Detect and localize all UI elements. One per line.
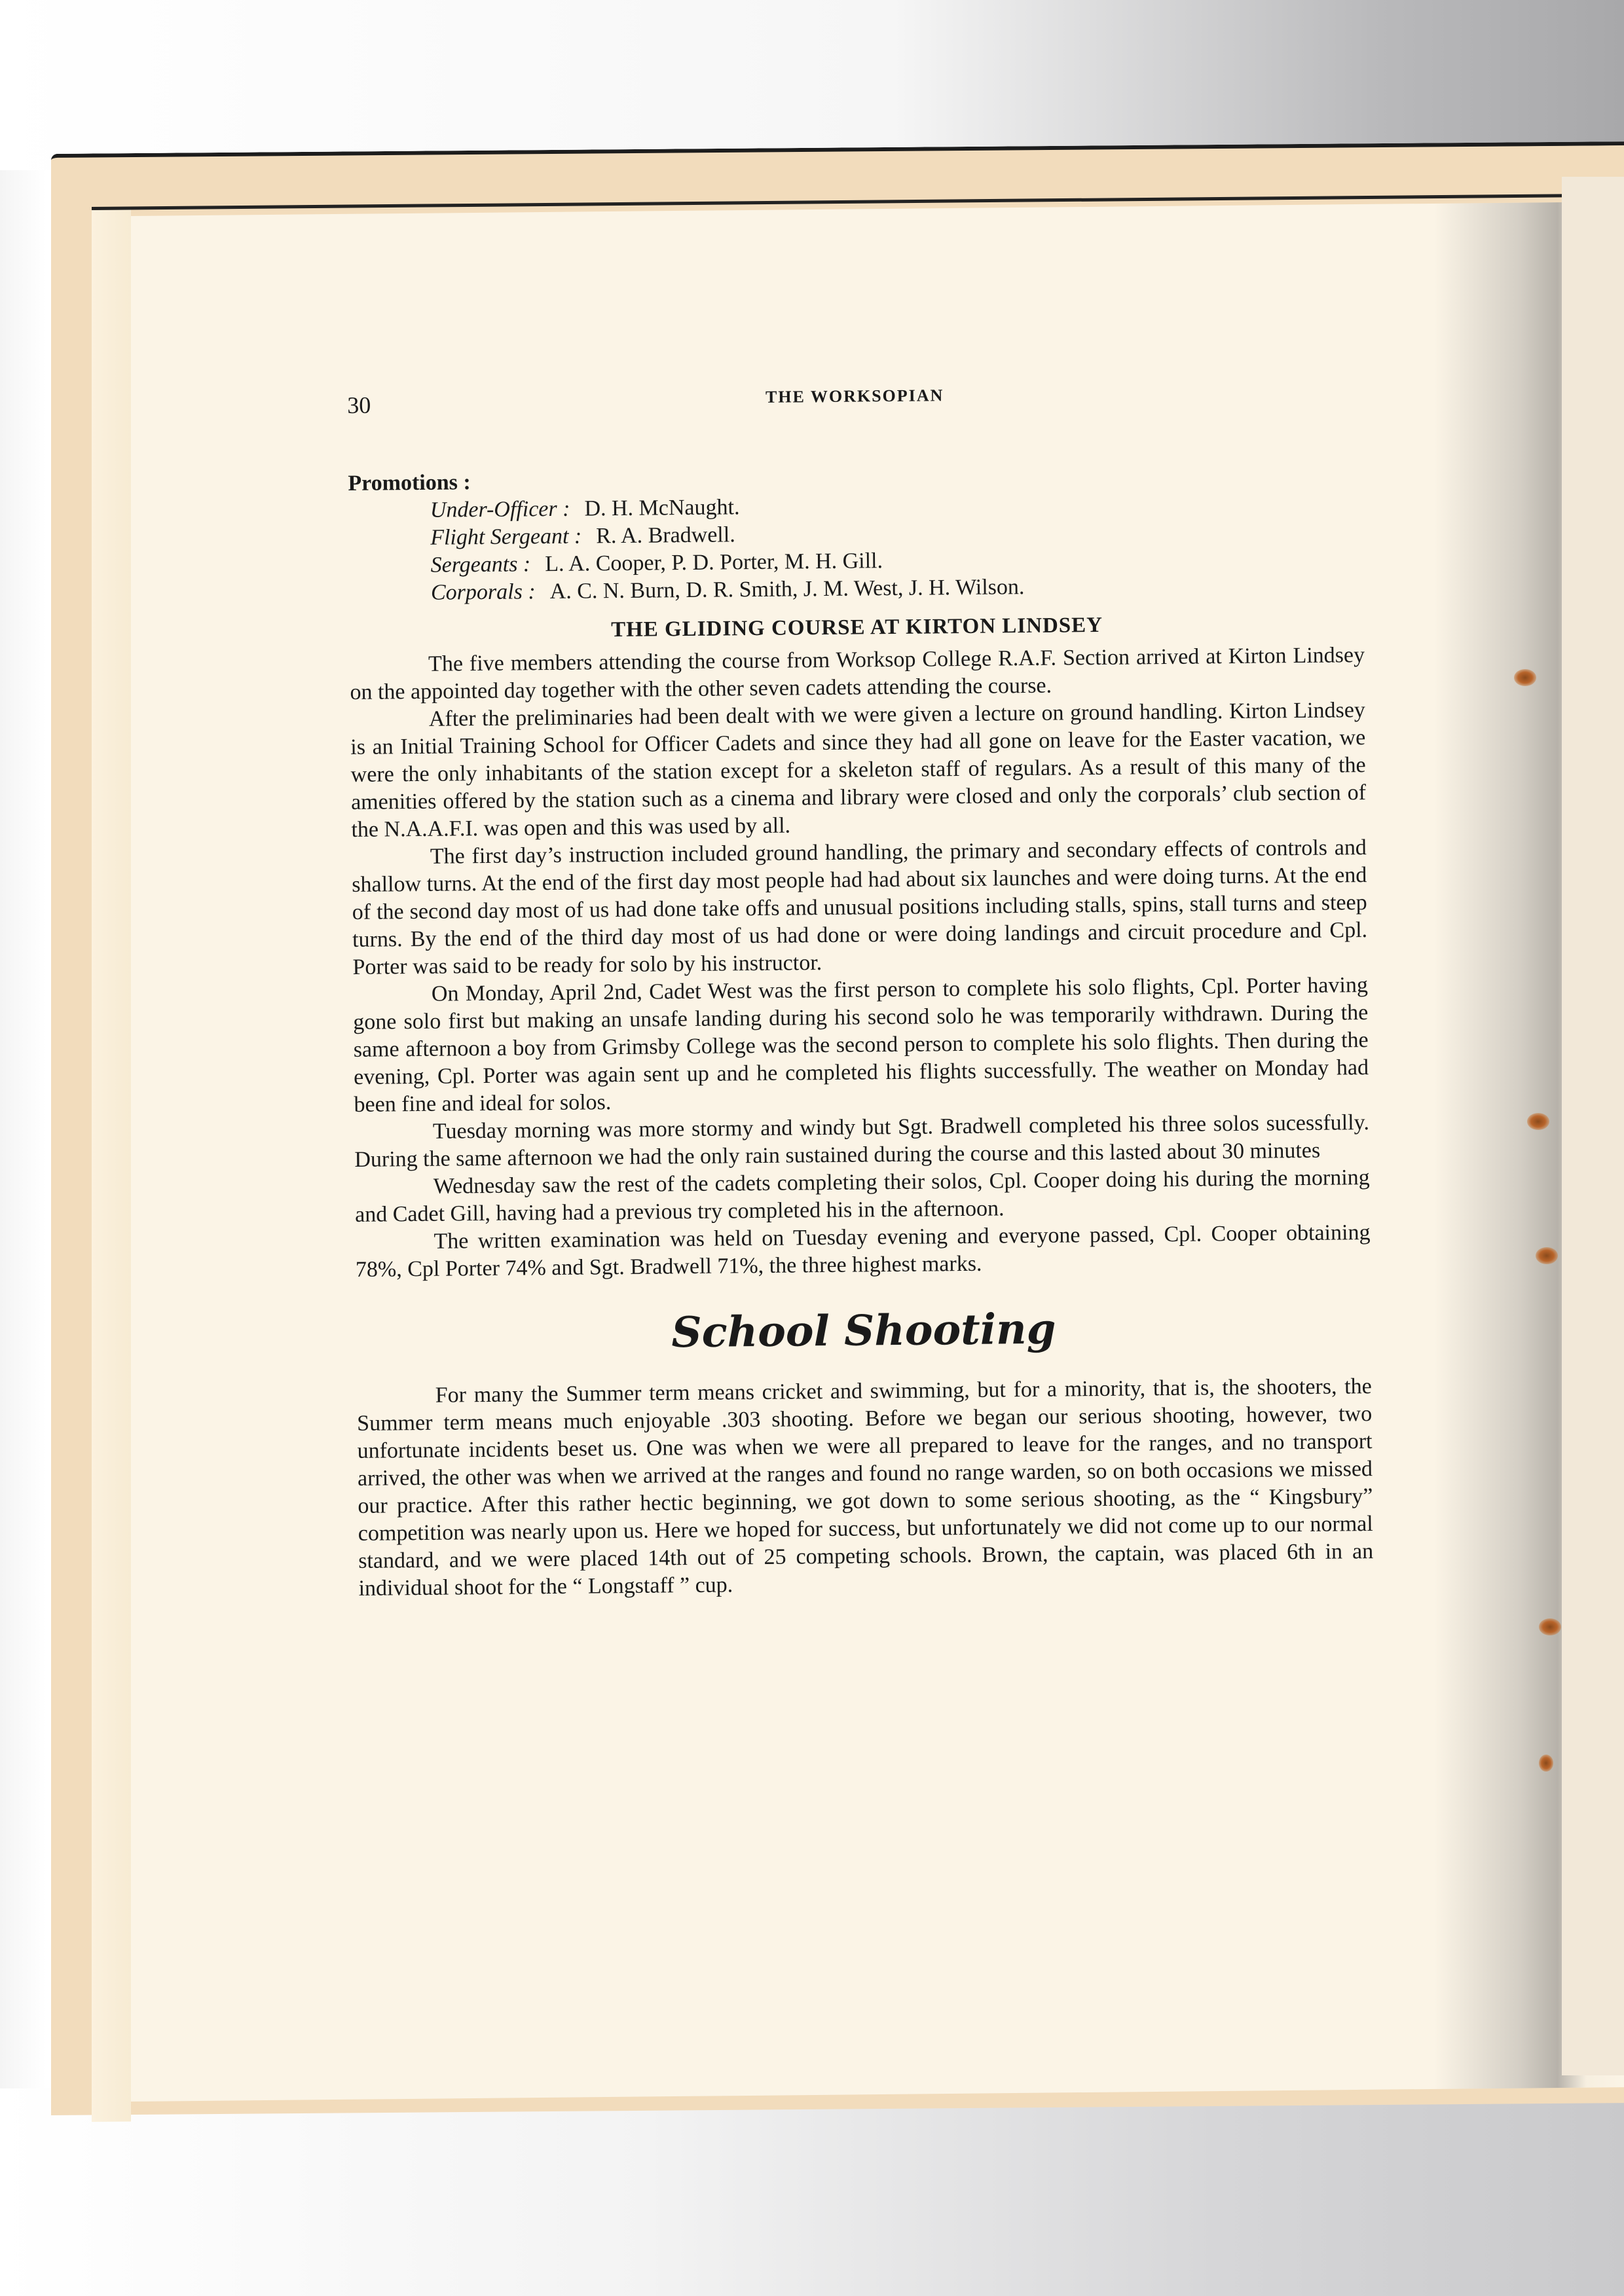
- gliding-paragraph: After the preliminaries had been dealt w…: [350, 697, 1367, 844]
- promotion-rank: Sergeants :: [430, 552, 530, 577]
- gliding-paragraph: The first day’s instruction included gro…: [352, 834, 1368, 981]
- journal-title: THE WORKSOPIAN: [347, 382, 1362, 411]
- shooting-paragraph: For many the Summer term means cricket a…: [357, 1373, 1374, 1603]
- foxing-stain: [1536, 1247, 1558, 1264]
- scanner-backdrop-left: [0, 0, 46, 2296]
- facing-page-edge: [1562, 177, 1624, 2075]
- gliding-paragraph: On Monday, April 2nd, Cadet West was the…: [353, 972, 1369, 1119]
- promotion-names: D. H. McNaught.: [584, 495, 739, 520]
- foxing-stain: [1539, 1618, 1561, 1635]
- promotion-rank: Under-Officer :: [430, 497, 570, 522]
- page-content: 30 THE WORKSOPIAN Promotions : Under-Off…: [347, 376, 1374, 1603]
- foxing-stain: [1527, 1113, 1549, 1130]
- promotion-names: L. A. Cooper, P. D. Porter, M. H. Gill.: [545, 549, 883, 576]
- promotions-list: Promotions : Under-Officer :D. H. McNaug…: [348, 460, 1364, 608]
- foxing-stain: [1514, 669, 1536, 686]
- gliding-article-title: THE GLIDING COURSE AT KIRTON LINDSEY: [349, 611, 1364, 645]
- promotion-rank: Corporals :: [431, 579, 536, 605]
- foxing-stain: [1539, 1755, 1553, 1772]
- shooting-article-title: School Shooting: [356, 1302, 1372, 1360]
- promotion-names: A. C. N. Burn, D. R. Smith, J. M. West, …: [549, 575, 1024, 604]
- gliding-paragraph: The five members attending the course fr…: [350, 642, 1365, 706]
- gliding-paragraph: The written examination was held on Tues…: [355, 1219, 1371, 1284]
- promotion-names: R. A. Bradwell.: [596, 522, 735, 548]
- gliding-paragraph: Tuesday morning was more stormy and wind…: [354, 1109, 1370, 1174]
- gliding-paragraph: Wednesday saw the rest of the cadets com…: [355, 1164, 1371, 1229]
- promotion-rank: Flight Sergeant :: [430, 524, 581, 550]
